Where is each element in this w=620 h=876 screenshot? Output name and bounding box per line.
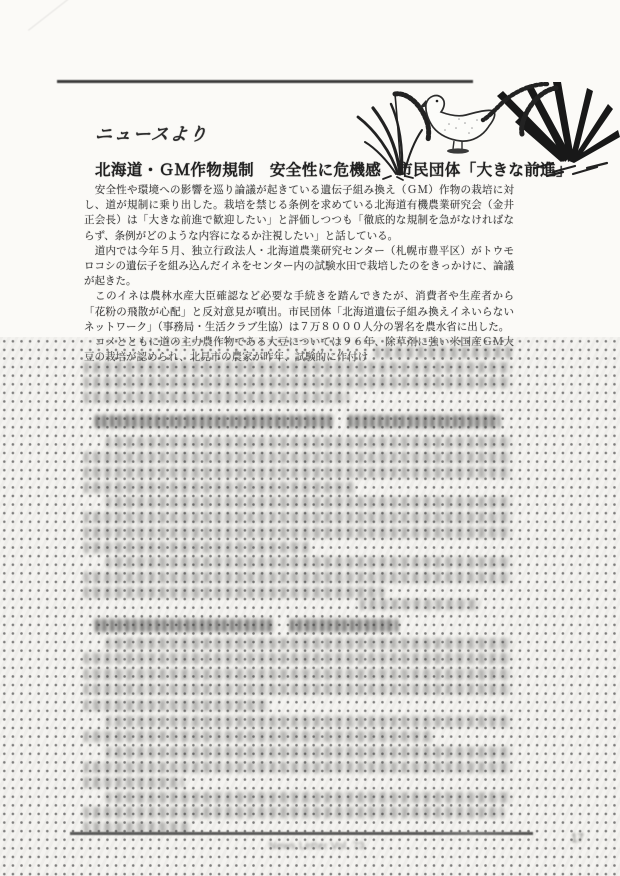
blurred-text-line [84, 512, 512, 523]
blurred-text-line [84, 700, 269, 711]
blurred-text-line [84, 392, 349, 403]
newsletter-footer-label: News Letter Vol. 73 [252, 841, 382, 852]
blurred-text-line [84, 542, 309, 553]
blurred-text-line [84, 684, 512, 695]
blurred-text-line [106, 437, 512, 448]
blurred-text-line [84, 377, 512, 388]
blurred-text-line [106, 497, 512, 508]
blurred-text-line [106, 557, 512, 568]
page-number: 17 [571, 833, 584, 845]
blurred-text-line [84, 762, 512, 773]
blurred-heading-line [348, 415, 500, 428]
blurred-text-line [84, 362, 512, 373]
blurred-heading-line [95, 619, 275, 632]
blurred-text-line [106, 792, 512, 803]
blurred-text-line [84, 669, 512, 680]
blurred-text-line [84, 731, 434, 742]
blurred-text-line [106, 747, 512, 758]
article-headline: 北海道・ＧＭ作物規制 安全性に危機感 市民団体「大きな前進」 [95, 158, 575, 180]
blurred-text-line [84, 467, 512, 478]
scanned-newsletter-page: ニュースより [0, 0, 620, 876]
blurred-text-line [375, 347, 512, 358]
blurred-text-line [84, 527, 512, 538]
blurred-text-line [84, 822, 189, 833]
scan-crease-mark [28, 0, 131, 31]
blurred-text-line [360, 599, 480, 610]
blurred-heading-line [290, 619, 398, 632]
blurred-text-line [84, 653, 512, 664]
article-body: 安全性や環境への影響を巡り論議が起きている遺伝子組み換え（ＧＭ）作物の栽培に対し… [84, 183, 514, 365]
blurred-text-line [84, 452, 512, 463]
blurred-heading-line [95, 415, 333, 428]
blurred-text-line [84, 587, 384, 598]
blurred-text-line [84, 807, 504, 818]
footer-divider-rule [70, 832, 533, 835]
article-paragraph: このイネは農林水産大臣確認など必要な手続きを踏んできたが、消費者や生産者から「花… [84, 289, 514, 335]
blurred-text-line [84, 572, 512, 583]
blurred-text-line [106, 638, 512, 649]
blurred-text-line [84, 482, 354, 493]
section-masthead: ニュースより [94, 121, 210, 146]
blurred-text-line [84, 777, 184, 788]
article-paragraph: 安全性や環境への影響を巡り論議が起きている遺伝子組み換え（ＧＭ）作物の栽培に対し… [84, 183, 514, 244]
article-paragraph: 道内では今年５月、独立行政法人・北海道農業研究センター（札幌市豊平区）がトウモロ… [84, 244, 514, 290]
blurred-text-line [106, 716, 512, 727]
